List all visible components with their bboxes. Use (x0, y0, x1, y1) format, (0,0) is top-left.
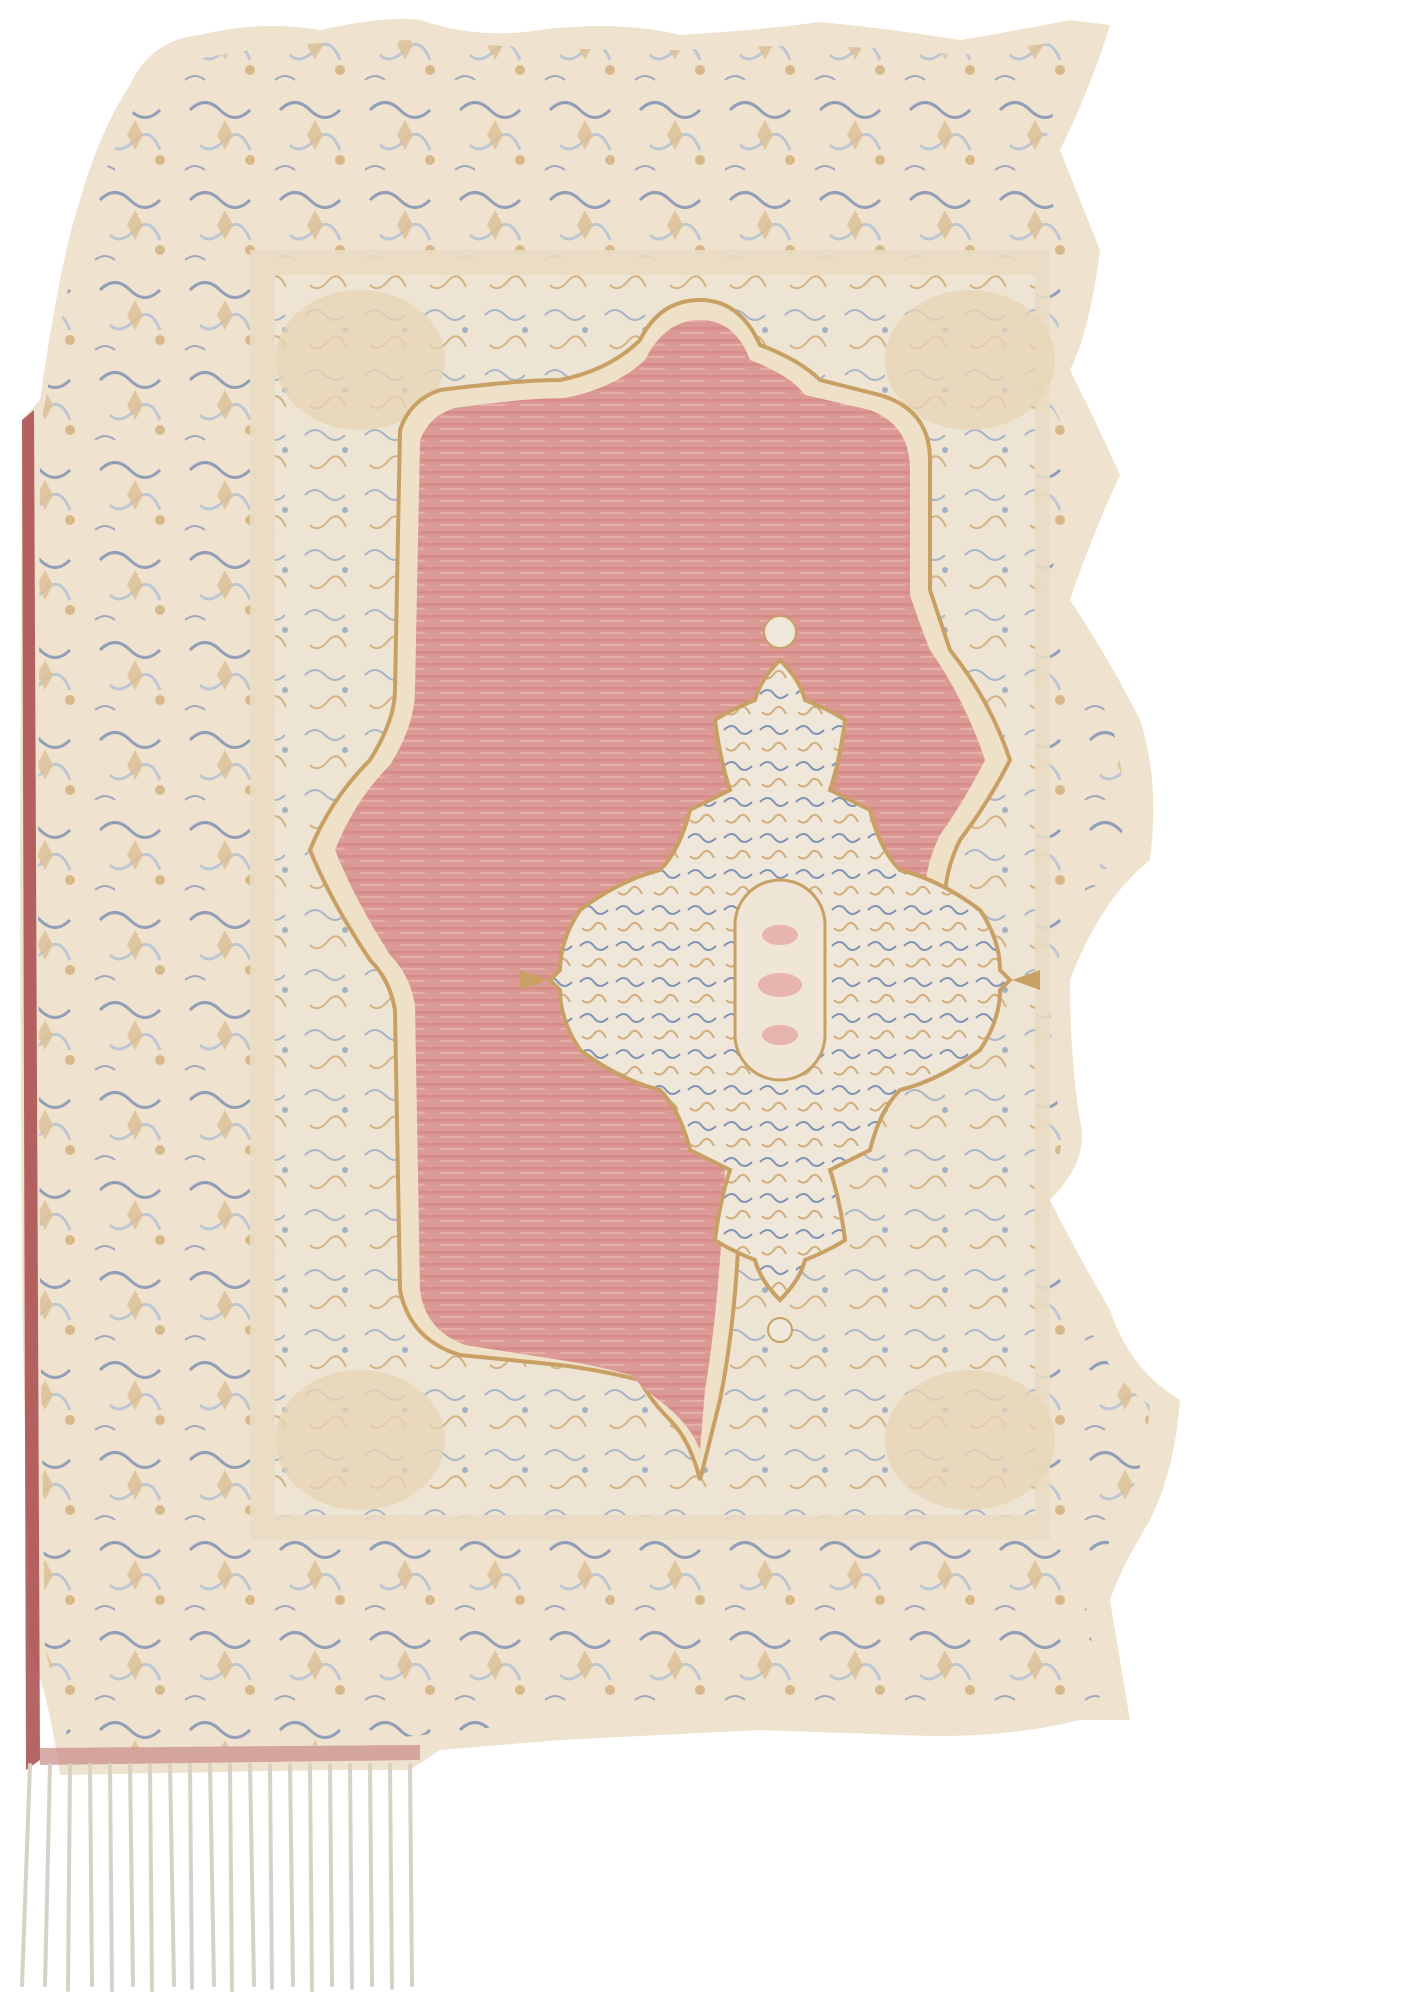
rug-fringe (22, 1765, 412, 1990)
rug-photo-scene (0, 0, 1406, 2000)
rug-illustration (0, 0, 1406, 2000)
